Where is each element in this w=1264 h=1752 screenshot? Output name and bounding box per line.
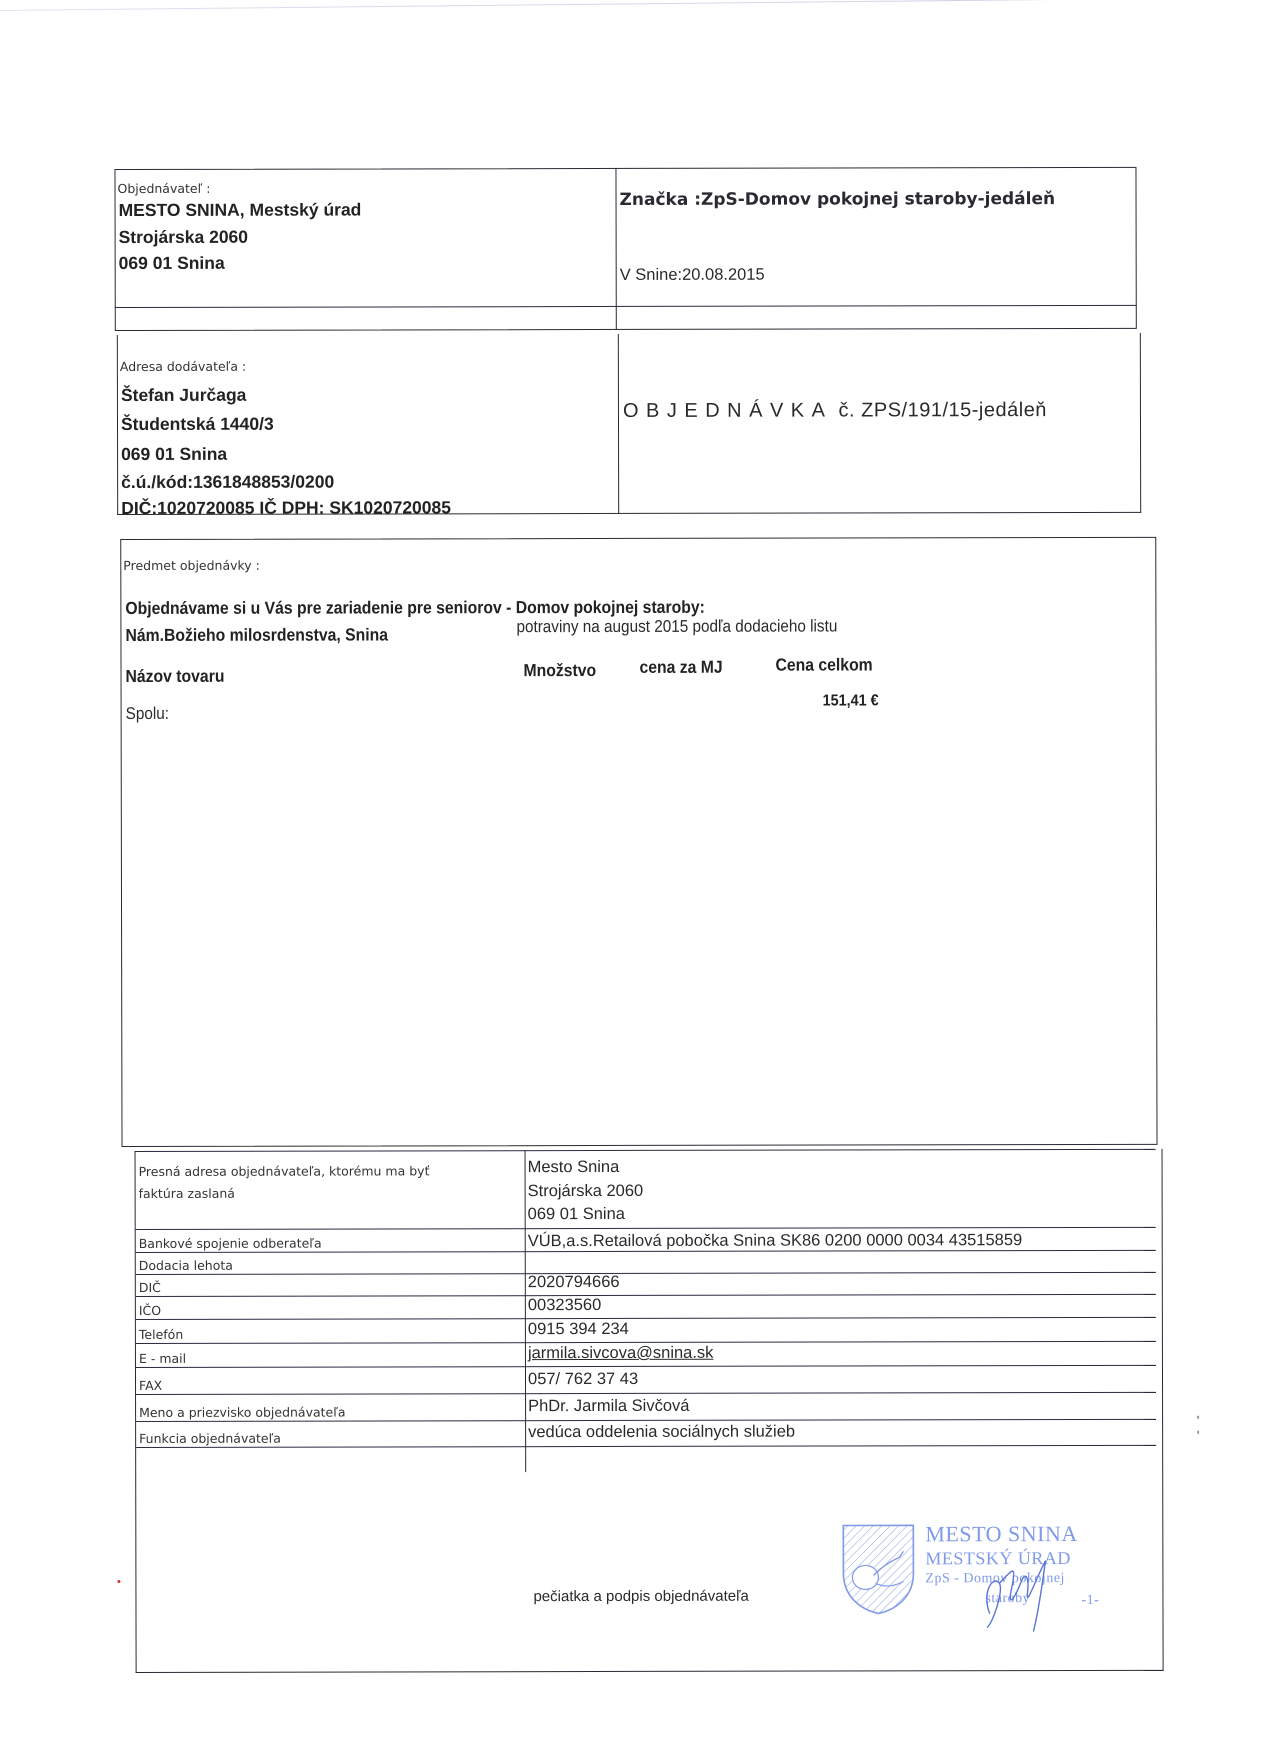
margin-mark — [1197, 1416, 1199, 1419]
supplier-account: č.ú./kód:1361848853/0200 — [121, 472, 334, 493]
info-value-orderer-function: vedúca oddelenia sociálnych služieb — [528, 1423, 795, 1443]
info-label-dic: DIČ — [139, 1280, 161, 1295]
order-form-page: Objednávateľ : MESTO SNINA, Mestský úrad… — [0, 0, 1264, 1752]
info-value-phone: 0915 394 234 — [528, 1320, 629, 1339]
subject-line-2-left: Nám.Božieho milosrdenstva, Snina — [125, 624, 388, 646]
info-label-fax: FAX — [139, 1378, 162, 1393]
info-row-dic: DIČ 2020794666 — [136, 1272, 1156, 1296]
official-stamp: MESTO SNINA MESTSKÝ ÚRAD ZpS - Domov pok… — [841, 1521, 1121, 1632]
stray-red-mark — [117, 1580, 120, 1583]
info-row-fax: FAX 057/ 762 37 43 — [136, 1365, 1156, 1394]
info-value-ico: 00323560 — [528, 1296, 601, 1315]
info-label-ico: IČO — [139, 1303, 161, 1318]
info-label-phone: Telefón — [139, 1327, 183, 1342]
signature-label: pečiatka a podpis objednávateľa — [533, 1588, 748, 1605]
invoice-address-line-2: Strojárska 2060 — [528, 1182, 644, 1201]
supplier-tax-ids: DIČ:1020720085 IČ DPH: SK1020720085 — [121, 497, 451, 519]
column-unit-price: cena za MJ — [639, 657, 722, 678]
supplier-label: Adresa dodávateľa : — [120, 359, 246, 374]
mark-label: Značka :ZpS-Domov pokojnej staroby-jedál… — [620, 189, 1056, 210]
info-value-fax: 057/ 762 37 43 — [528, 1370, 638, 1389]
info-row-delivery-term: Dodacia lehota — [136, 1250, 1156, 1274]
invoice-address-line-3: 069 01 Snina — [528, 1205, 625, 1224]
total-value: 151,41 € — [823, 692, 879, 710]
order-number: č. ZPS/191/15-jedáleň — [838, 399, 1046, 421]
place-date: V Snine:20.08.2015 — [620, 266, 765, 285]
supplier-street: Študentská 1440/3 — [121, 414, 274, 435]
subject-line-2-right: potraviny na august 2015 podľa dodacieho… — [516, 617, 837, 638]
coat-of-arms-icon — [841, 1523, 915, 1615]
info-value-orderer-name: PhDr. Jarmila Sivčová — [528, 1397, 689, 1416]
info-row-invoice-address: Presná adresa objednávateľa, ktorému ma … — [136, 1149, 1156, 1229]
orderer-city: 069 01 Snina — [119, 253, 225, 274]
column-item-name: Názov tovaru — [126, 666, 225, 687]
total-label: Spolu: — [126, 704, 169, 724]
info-row-orderer-name: Meno a priezvisko objednávateľa PhDr. Ja… — [136, 1392, 1156, 1421]
info-label-invoice-address-2: faktúra zaslaná — [139, 1186, 235, 1201]
subject-line-1: Objednávame si u Vás pre zariadenie pre … — [125, 597, 704, 619]
order-title-word: OBJEDNÁVKA — [623, 400, 833, 422]
info-label-delivery-term: Dodacia lehota — [139, 1258, 233, 1273]
info-label-orderer-function: Funkcia objednávateľa — [139, 1431, 281, 1446]
supplier-name: Štefan Jurčaga — [121, 385, 247, 406]
supplier-city: 069 01 Snina — [121, 444, 227, 465]
subject-label: Predmet objednávky : — [123, 558, 260, 573]
info-row-bank: Bankové spojenie odberateľa VÚB,a.s.Reta… — [136, 1227, 1156, 1252]
info-value-bank: VÚB,a.s.Retailová pobočka Snina SK86 020… — [528, 1231, 1023, 1251]
orderer-label: Objednávateľ : — [117, 181, 210, 196]
info-label-email: E - mail — [139, 1351, 186, 1366]
margin-mark — [1197, 1431, 1199, 1434]
order-title: OBJEDNÁVKA č. ZPS/191/15-jedáleň — [623, 399, 1047, 423]
orderer-street: Strojárska 2060 — [119, 227, 248, 248]
info-row-ico: IČO 00323560 — [136, 1294, 1156, 1319]
info-label-invoice-address: Presná adresa objednávateľa, ktorému ma … — [139, 1163, 430, 1179]
info-row-orderer-function: Funkcia objednávateľa vedúca oddelenia s… — [136, 1419, 1156, 1448]
info-value-dic: 2020794666 — [528, 1273, 620, 1292]
column-total-price: Cena celkom — [775, 654, 872, 675]
info-row-email: E - mail jarmila.sivcova@snina.sk — [136, 1341, 1156, 1367]
invoice-address-line-1: Mesto Snina — [528, 1158, 620, 1177]
info-label-bank: Bankové spojenie odberateľa — [139, 1236, 322, 1251]
signature-scribble-icon — [941, 1531, 1091, 1641]
email-link[interactable]: jarmila.sivcova@snina.sk — [528, 1344, 714, 1363]
orderer-name: MESTO SNINA, Mestský úrad — [119, 199, 362, 221]
info-row-phone: Telefón 0915 394 234 — [136, 1317, 1156, 1343]
column-quantity: Množstvo — [523, 660, 596, 681]
info-label-orderer-name: Meno a priezvisko objednávateľa — [139, 1405, 346, 1420]
